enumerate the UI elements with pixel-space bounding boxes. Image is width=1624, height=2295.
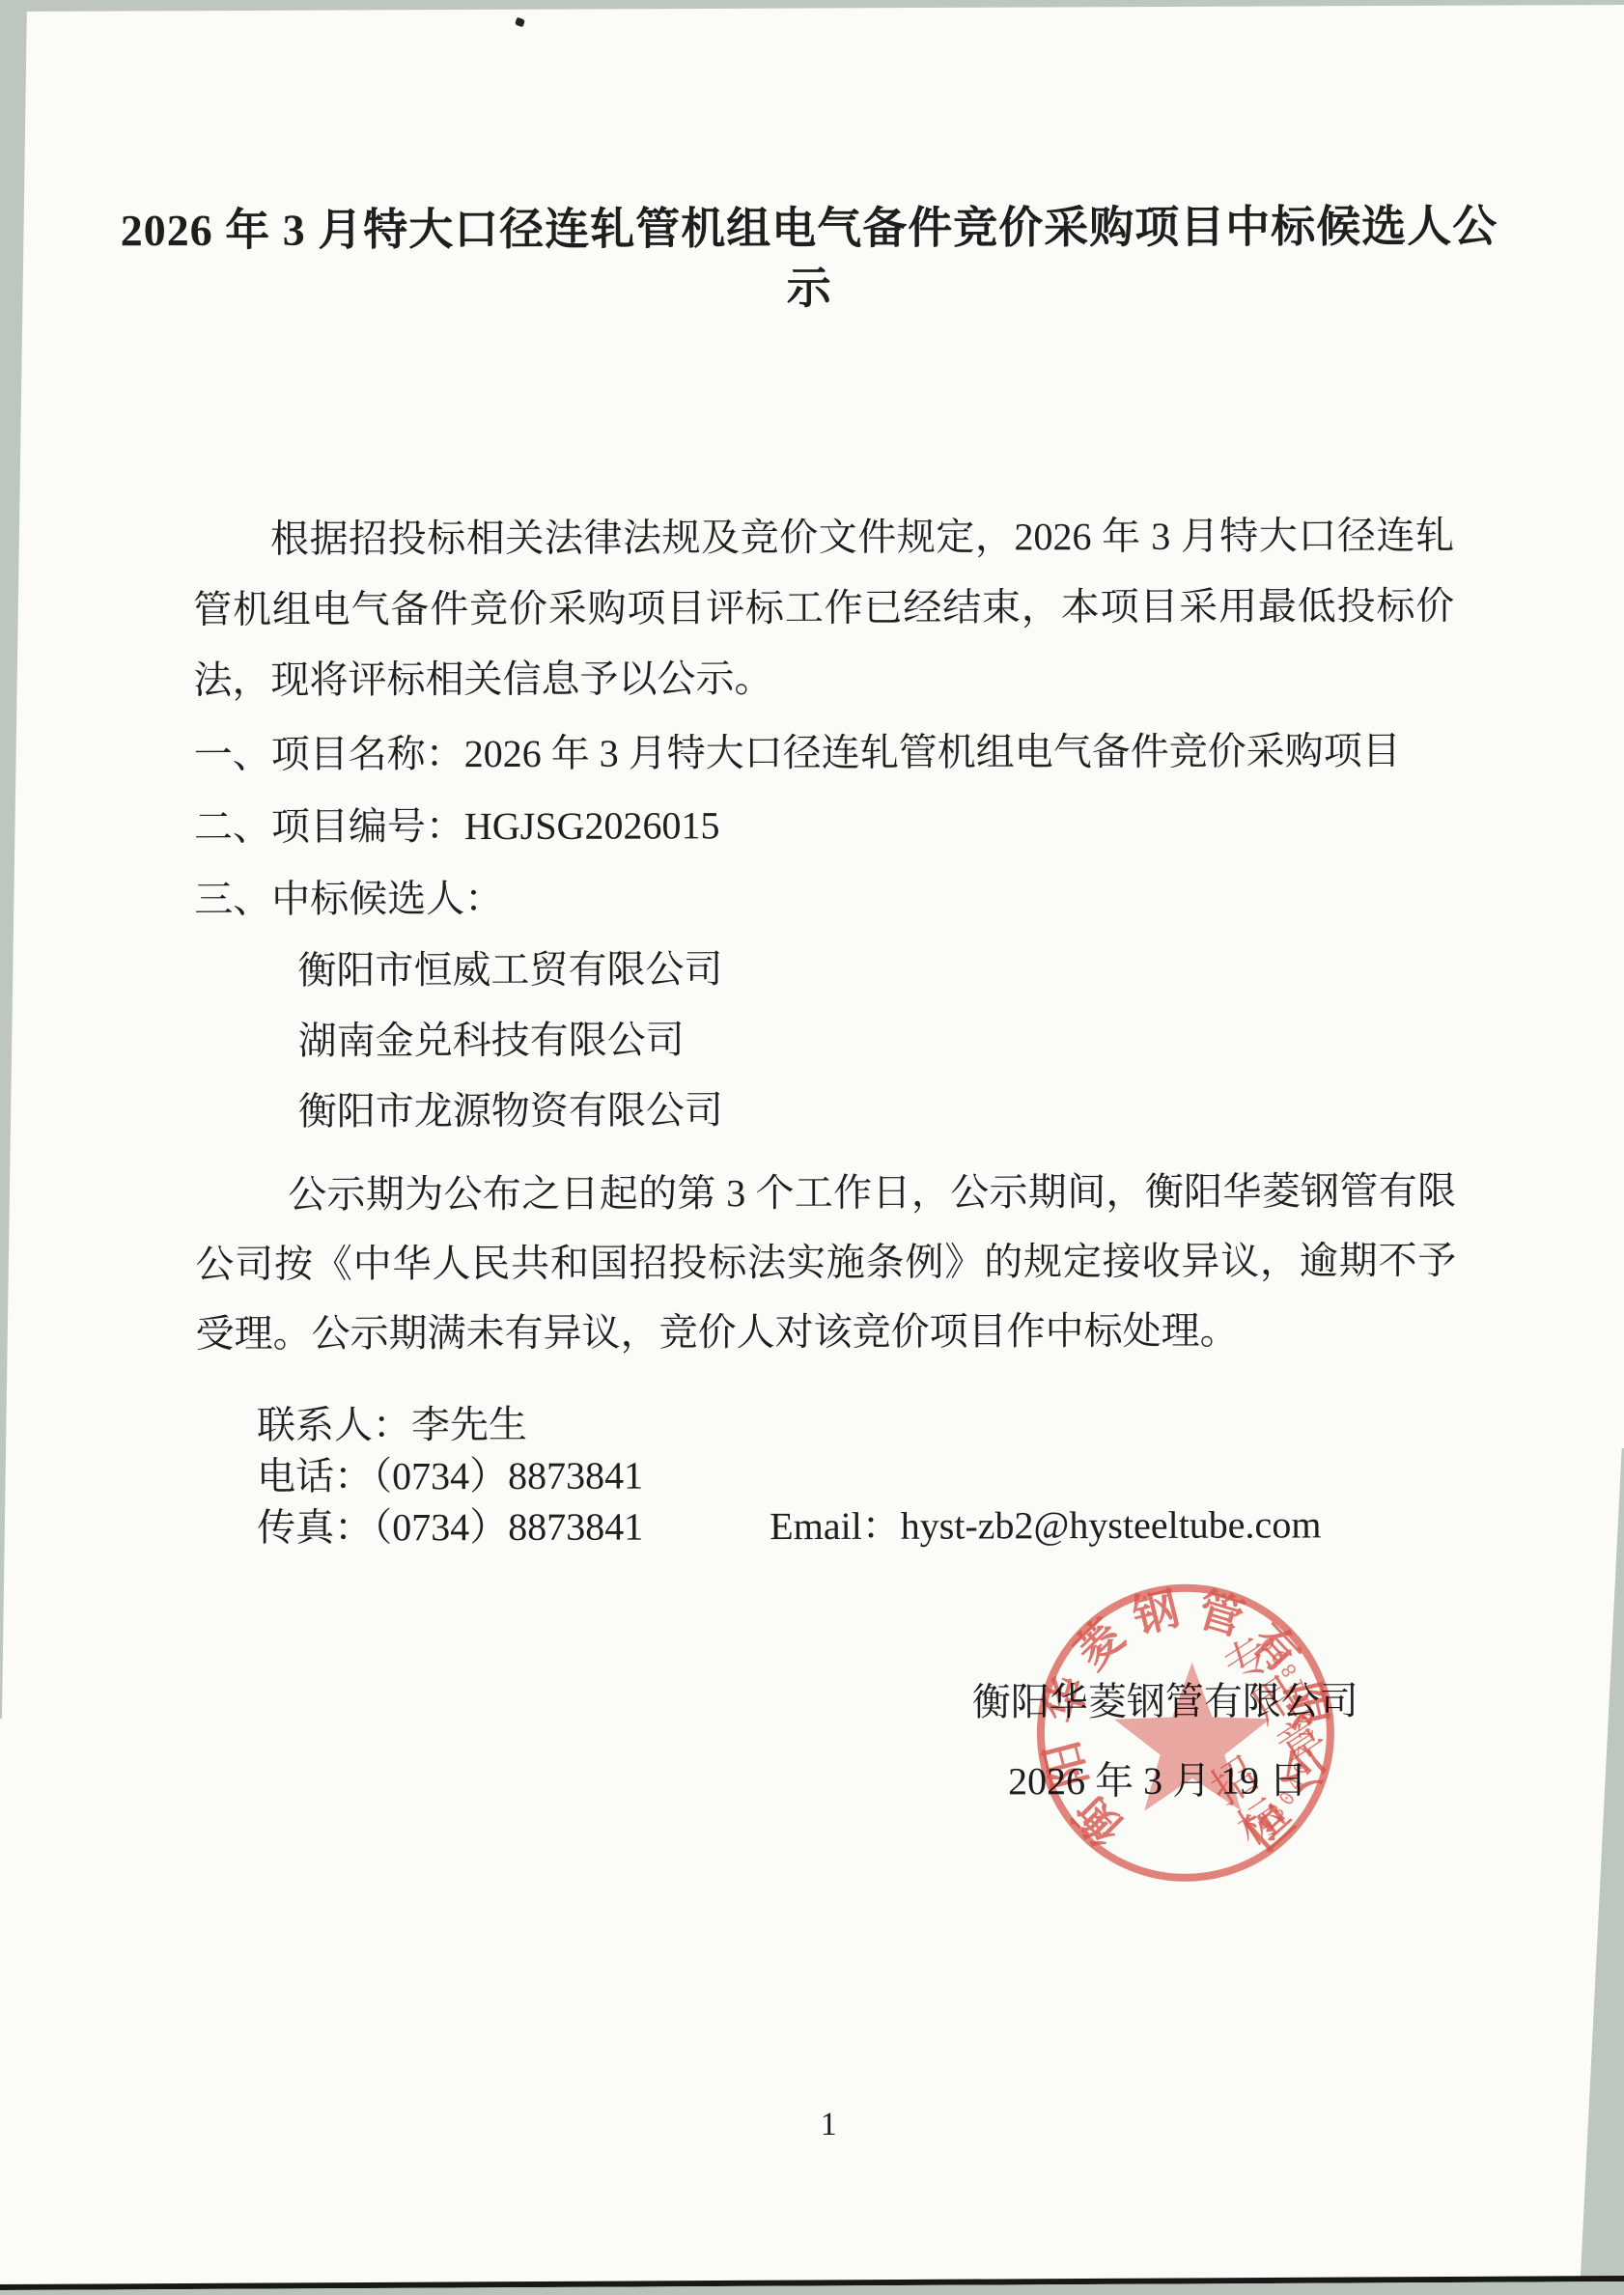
item-project-number: 二、项目编号：HGJSG2026015 [194, 787, 1455, 863]
numbered-items: 一、项目名称：2026 年 3 月特大口径连轧管机组电气备件竞价采购项目 二、项… [194, 714, 1456, 936]
contact-email: Email：hyst-zb2@hysteeltube.com [770, 1498, 1321, 1552]
document-content: 2026 年 3 月特大口径连轧管机组电气备件竞价采购项目中标候选人公 示 根据… [0, 0, 1624, 2295]
contact-phone-value: （0734）8873841 [373, 1454, 643, 1498]
contact-person-row: 联系人：李先生 [196, 1396, 1457, 1451]
contact-fax-row: 传真：（0734）8873841 Email：hyst-zb2@hysteelt… [196, 1498, 1457, 1553]
contact-phone-label: 电话： [257, 1454, 373, 1497]
document-title: 2026 年 3 月特大口径连轧管机组电气备件竞价采购项目中标候选人公 示 [0, 196, 1621, 321]
item-candidates-heading: 三、中标候选人： [194, 859, 1455, 936]
contact-fax-label: 传真： [257, 1505, 373, 1549]
document-title-line2: 示 [0, 256, 1621, 321]
candidate-company-1: 衡阳市恒威工贸有限公司 [297, 932, 1455, 1006]
candidate-company-2: 湖南金兑科技有限公司 [298, 1002, 1456, 1077]
objection-paragraph: 公示期为公布之日起的第 3 个工作日，公示期间，衡阳华菱钢管有限公司按《中华人民… [195, 1157, 1457, 1369]
candidate-company-3: 衡阳市龙源物资有限公司 [298, 1073, 1456, 1147]
company-seal-stamp: 衡阳华菱钢管有限公司 43040710118902 专用章 招标 [1030, 1578, 1340, 1888]
contact-fax-value: （0734）8873841 [373, 1505, 643, 1550]
contact-phone-row: 电话：（0734）8873841 [196, 1447, 1457, 1502]
intro-paragraph: 根据招投标相关法律法规及竞价文件规定，2026 年 3 月特大口径连轧管机组电气… [193, 500, 1455, 715]
item-project-name: 一、项目名称：2026 年 3 月特大口径连轧管机组电气备件竞价采购项目 [194, 714, 1455, 791]
page-number: 1 [775, 2107, 882, 2143]
contact-email-label: Email： [770, 1504, 901, 1548]
contact-person-value: 李先生 [411, 1403, 527, 1446]
document-title-line1: 2026 年 3 月特大口径连轧管机组电气备件竞价采购项目中标候选人公 [0, 196, 1621, 261]
candidate-list: 衡阳市恒威工贸有限公司 湖南金兑科技有限公司 衡阳市龙源物资有限公司 [194, 932, 1456, 1147]
contact-email-value: hyst-zb2@hysteeltube.com [901, 1502, 1322, 1547]
contact-block: 联系人：李先生 电话：（0734）8873841 传真：（0734）887384… [196, 1396, 1457, 1553]
contact-person-label: 联系人： [257, 1403, 411, 1447]
scanned-document-page: 2026 年 3 月特大口径连轧管机组电气备件竞价采购项目中标候选人公 示 根据… [0, 0, 1624, 2295]
